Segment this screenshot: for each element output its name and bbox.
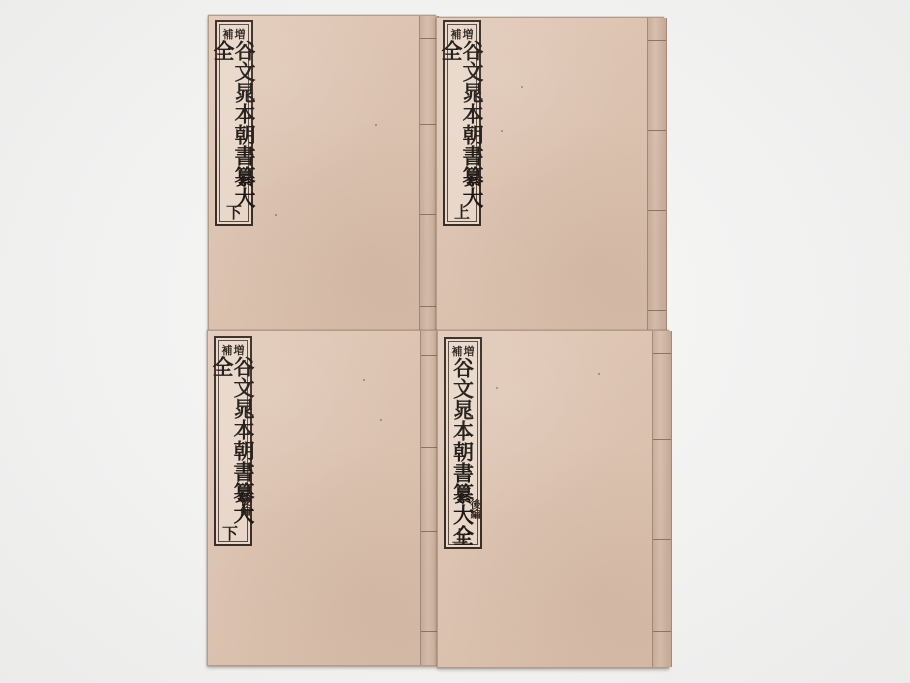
volume-marker: 下: [210, 521, 250, 544]
series-marker: 後編: [466, 499, 481, 519]
book-top-left: 補増 谷文晁本朝書纂大全 下: [208, 15, 436, 332]
book-title: 谷文晁本朝書纂大全: [217, 40, 251, 224]
volume-marker: 下: [217, 200, 251, 223]
title-slip: 補増 谷文晁本朝書纂大全 下: [215, 20, 253, 226]
title-slip: 補増 谷文晁本朝書纂大全 後編 上: [444, 337, 482, 549]
book-top-right: 補増 谷文晁本朝書纂大全 上: [436, 17, 664, 332]
volume-marker: 上: [440, 524, 480, 547]
book-bottom-right: 補増 谷文晁本朝書纂大全 後編 上: [437, 330, 669, 668]
book-title: 谷文晁本朝書纂大全: [445, 40, 479, 224]
title-slip: 補増 谷文晁本朝書纂大全 上: [443, 20, 481, 226]
title-slip: 補増 谷文晁本朝書纂大全 後編 下: [214, 336, 252, 546]
series-marker: 後編: [236, 496, 251, 516]
book-spine: [647, 18, 667, 331]
book-spine: [652, 331, 672, 667]
book-bottom-left: 補増 谷文晁本朝書纂大全 後編 下: [207, 330, 437, 666]
volume-marker: 上: [445, 200, 479, 223]
